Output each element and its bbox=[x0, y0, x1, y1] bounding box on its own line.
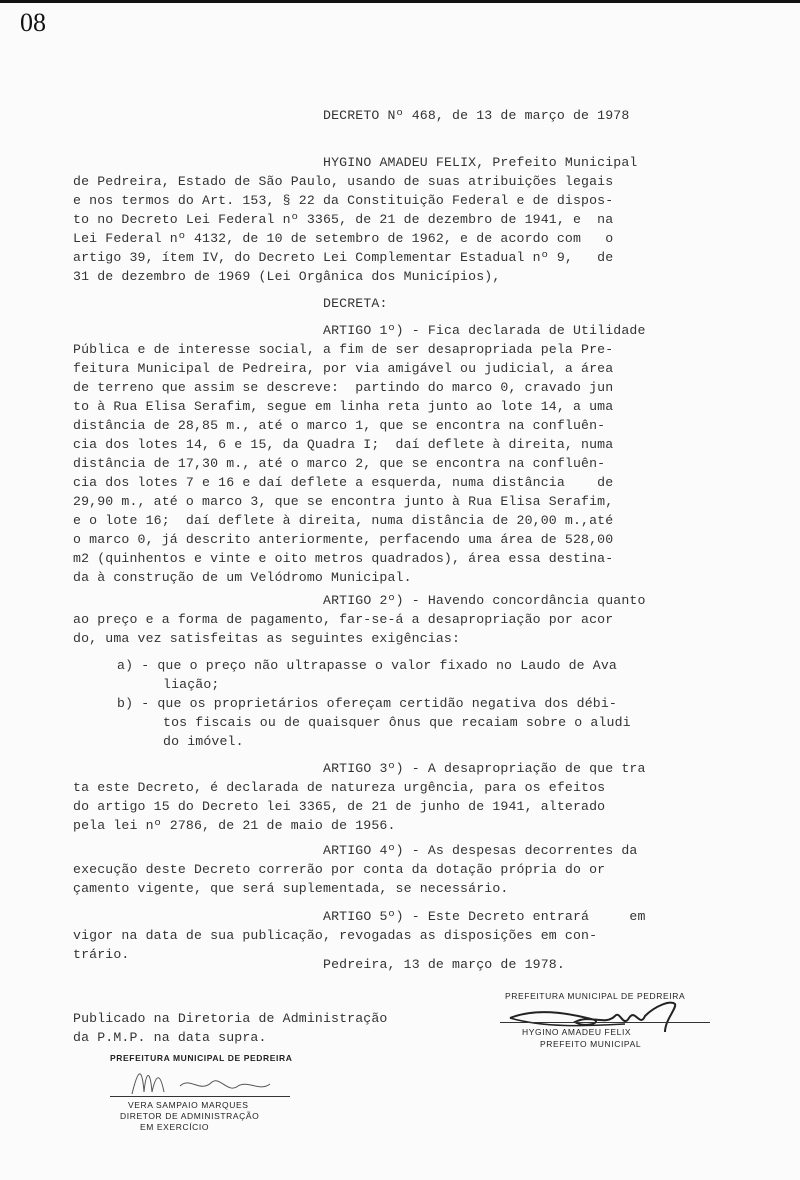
article-2-item-b: tos fiscais ou de quaisquer ônus que rec… bbox=[163, 715, 631, 730]
article-5-line: vigor na data de sua publicação, revogad… bbox=[73, 928, 597, 943]
document-title: DECRETO Nº 468, de 13 de março de 1978 bbox=[323, 108, 629, 123]
right-stamp-role: PREFEITO MUNICIPAL bbox=[540, 1039, 641, 1049]
article-1-line: cia dos lotes 14, 6 e 15, da Quadra I; d… bbox=[73, 437, 613, 452]
preamble-line: HYGINO AMADEU FELIX, Prefeito Municipal bbox=[323, 155, 638, 170]
article-1-line: to à Rua Elisa Serafim, segue em linha r… bbox=[73, 399, 613, 414]
left-stamp-header: PREFEITURA MUNICIPAL DE PEDREIRA bbox=[110, 1053, 292, 1063]
article-3-line: do artigo 15 do Decreto lei 3365, de 21 … bbox=[73, 799, 605, 814]
left-signature-line bbox=[110, 1096, 290, 1097]
article-1-line: m2 (quinhentos e vinte e oito metros qua… bbox=[73, 551, 613, 566]
article-1-line: Pública e de interesse social, a fim de … bbox=[73, 342, 613, 357]
article-4-line: ARTIGO 4º) - As despesas decorrentes da bbox=[323, 843, 638, 858]
scan-border bbox=[0, 0, 800, 3]
page-number: 08 bbox=[20, 8, 46, 38]
place-date: Pedreira, 13 de março de 1978. bbox=[323, 957, 565, 972]
article-2-item-a: a) - que o preço não ultrapasse o valor … bbox=[117, 658, 617, 673]
article-3-line: ta este Decreto, é declarada de natureza… bbox=[73, 780, 605, 795]
article-1-line: o marco 0, já descrito anteriormente, pe… bbox=[73, 532, 613, 547]
article-2-item-b: b) - que os proprietários ofereçam certi… bbox=[117, 696, 617, 711]
article-1-line: da à construção de um Velódromo Municipa… bbox=[73, 570, 412, 585]
article-2-item-b: do imóvel. bbox=[163, 734, 244, 749]
article-5-line: ARTIGO 5º) - Este Decreto entrará em bbox=[323, 909, 646, 924]
article-1-line: ARTIGO 1º) - Fica declarada de Utilidade bbox=[323, 323, 646, 338]
article-4-line: execução deste Decreto correrão por cont… bbox=[73, 862, 605, 877]
article-1-line: e o lote 16; daí deflete à direita, numa… bbox=[73, 513, 613, 528]
preamble-line: Lei Federal nº 4132, de 10 de setembro d… bbox=[73, 231, 613, 246]
article-3-line: pela lei nº 2786, de 21 de maio de 1956. bbox=[73, 818, 396, 833]
preamble-line: artigo 39, ítem IV, do Decreto Lei Compl… bbox=[73, 250, 613, 265]
article-1-line: distância de 28,85 m., até o marco 1, qu… bbox=[73, 418, 605, 433]
preamble-line: 31 de dezembro de 1969 (Lei Orgânica dos… bbox=[73, 269, 500, 284]
right-signature-line bbox=[500, 1022, 710, 1023]
decreta-heading: DECRETA: bbox=[323, 296, 388, 311]
article-3-line: ARTIGO 3º) - A desapropriação de que tra bbox=[323, 761, 646, 776]
article-2-line: ao preço e a forma de pagamento, far-se-… bbox=[73, 612, 613, 627]
right-stamp-name: HYGINO AMADEU FELIX bbox=[522, 1027, 631, 1037]
left-stamp-role2: EM EXERCÍCIO bbox=[140, 1122, 209, 1132]
article-4-line: çamento vigente, que será suplementada, … bbox=[73, 881, 508, 896]
preamble-line: de Pedreira, Estado de São Paulo, usando… bbox=[73, 174, 613, 189]
preamble-line: e nos termos do Art. 153, § 22 da Consti… bbox=[73, 193, 613, 208]
article-2-line: do, uma vez satisfeitas as seguintes exi… bbox=[73, 631, 460, 646]
article-1-line: cia dos lotes 7 e 16 e daí deflete a esq… bbox=[73, 475, 613, 490]
publication-line: da P.M.P. na data supra. bbox=[73, 1030, 267, 1045]
left-signature-icon bbox=[120, 1064, 290, 1098]
left-stamp-role: DIRETOR DE ADMINISTRAÇÃO bbox=[120, 1111, 259, 1121]
article-1-line: feitura Municipal de Pedreira, por via a… bbox=[73, 361, 613, 376]
preamble-line: to no Decreto Lei Federal nº 3365, de 21… bbox=[73, 212, 613, 227]
article-2-line: ARTIGO 2º) - Havendo concordância quanto bbox=[323, 593, 646, 608]
article-1-line: de terreno que assim se descreve: partin… bbox=[73, 380, 613, 395]
left-stamp-name: VERA SAMPAIO MARQUES bbox=[128, 1100, 248, 1110]
article-1-line: 29,90 m., até o marco 3, que se encontra… bbox=[73, 494, 613, 509]
article-2-item-a: liação; bbox=[163, 677, 219, 692]
article-1-line: distância de 17,30 m., até o marco 2, qu… bbox=[73, 456, 605, 471]
article-5-line: trário. bbox=[73, 947, 129, 962]
publication-line: Publicado na Diretoria de Administração bbox=[73, 1011, 388, 1026]
